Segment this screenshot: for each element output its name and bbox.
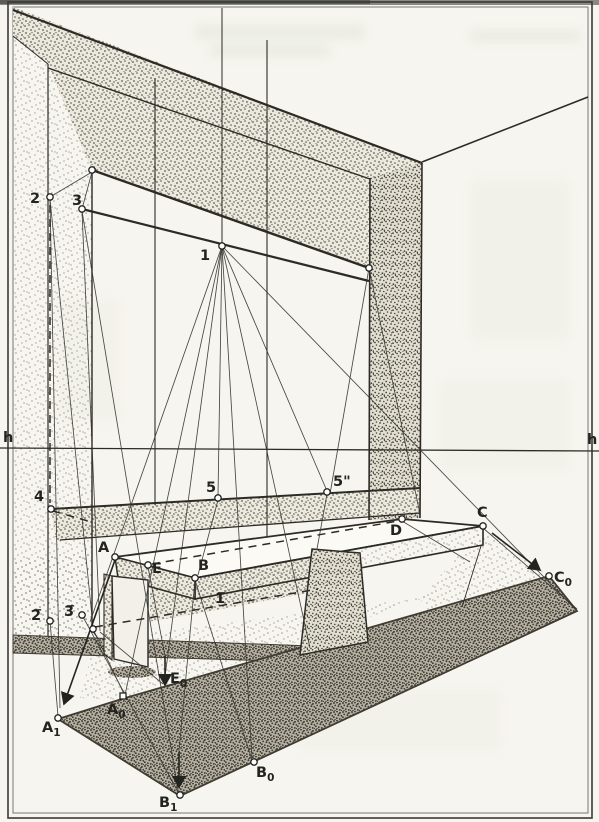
construction-point	[79, 612, 85, 618]
construction-point	[55, 715, 61, 721]
label-pt-D: D	[390, 523, 402, 539]
construction-point	[90, 626, 96, 632]
left-wall-strip	[13, 36, 48, 648]
below-sill-wall	[13, 552, 92, 642]
construction-point	[89, 167, 95, 173]
construction-point	[47, 194, 53, 200]
label-pt-1: 1	[200, 248, 210, 264]
construction-point	[47, 618, 53, 624]
label-h-left: h	[3, 430, 13, 446]
bench-right-leg	[300, 549, 368, 655]
label-pt-B: B	[198, 558, 209, 574]
label-pt-5: 5	[206, 480, 216, 496]
construction-point	[120, 693, 126, 699]
construction-point	[145, 562, 151, 568]
construction-point	[324, 489, 330, 495]
label-pt-A: A	[98, 540, 110, 556]
label-h-right: h	[587, 432, 597, 448]
construction-point	[399, 516, 405, 522]
label-pt-1b: 1̅	[215, 591, 225, 607]
construction-point	[366, 265, 372, 271]
book-figure-page: 231455"hhAEBDCC02̅3̅1̅E0A0A1B0B1	[0, 0, 599, 822]
window-pier	[369, 163, 422, 520]
construction-point	[177, 792, 183, 798]
label-pt-E: E	[152, 561, 162, 577]
label-pt-2: 2	[30, 191, 40, 207]
label-pt-3: 3	[72, 193, 82, 209]
label-pt-C: C	[477, 505, 488, 521]
construction-point	[219, 243, 225, 249]
label-pt-2b: 2̅	[31, 608, 41, 624]
label-pt-4: 4	[34, 489, 44, 505]
label-pt-5pp: 5"	[333, 474, 351, 490]
construction-point	[48, 506, 54, 512]
perspective-shadow-diagram: 231455"hhAEBDCC02̅3̅1̅E0A0A1B0B1	[0, 0, 599, 822]
construction-point	[546, 573, 552, 579]
construction-point	[192, 575, 198, 581]
construction-point	[480, 523, 486, 529]
label-pt-3b: 3̅	[64, 604, 74, 620]
construction-point	[112, 554, 118, 560]
